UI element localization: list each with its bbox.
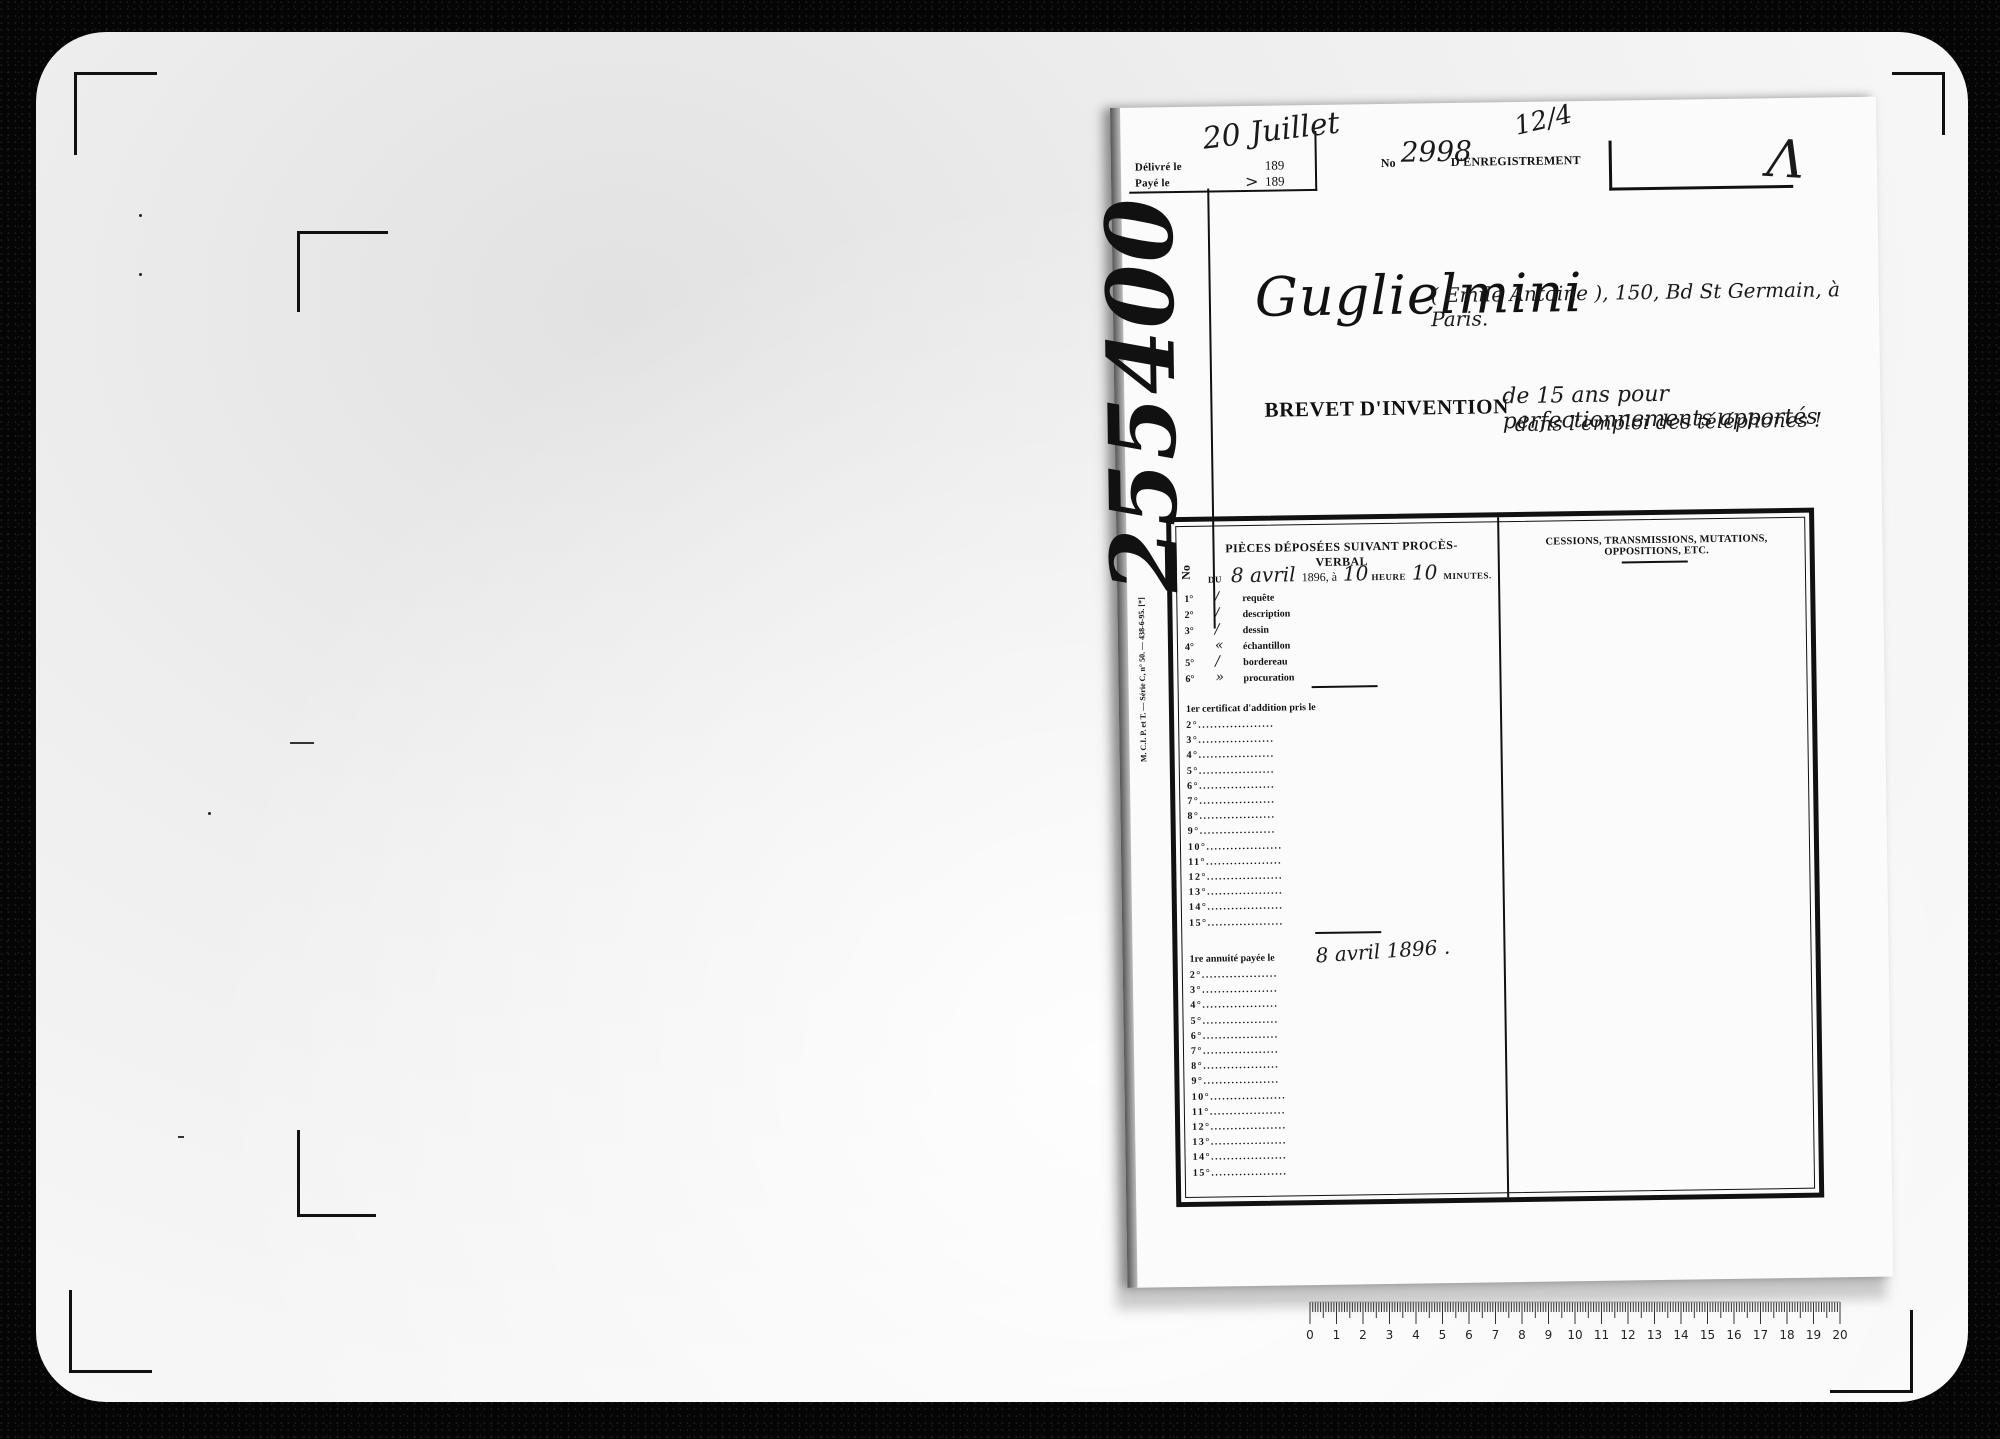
piece-count-handwritten: / [1214, 605, 1242, 621]
dotted-row: 10°................... [1192, 1090, 1287, 1102]
piece-count-handwritten: / [1215, 653, 1243, 669]
patent-type: BREVET D'INVENTION [1264, 394, 1509, 423]
deposit-date-handwritten: 8 avril [1231, 562, 1296, 587]
dotted-row: 13°................... [1192, 1136, 1287, 1148]
dotted-row: 10°................... [1188, 840, 1283, 852]
measurement-ruler: 01234567891011121314151617181920 [1302, 1300, 1848, 1346]
ruler-label: 1 [1333, 1328, 1341, 1342]
corner-mark-bottom-left-outer [69, 1290, 152, 1373]
registration-no-prefix: No [1381, 156, 1396, 171]
piece-item: 3°/dessin [1185, 621, 1269, 638]
printer-imprint: M. C.I. P. et T. — Série C, n° 50. — 438… [1137, 582, 1149, 762]
fraction-note: 12/4 [1512, 99, 1576, 141]
annuities-title: 1re annuité payée le [1190, 953, 1275, 965]
ruler-ticks [1302, 1300, 1848, 1330]
dotted-row: 12°................... [1192, 1120, 1287, 1132]
piece-label: procuration [1243, 672, 1294, 684]
piece-item: 6°»procuration [1185, 668, 1294, 686]
piece-label: bordereau [1243, 656, 1287, 668]
piece-item: 2°/description [1184, 604, 1290, 622]
dotted-row: 15°................... [1193, 1166, 1288, 1178]
dotted-row: 5°................... [1187, 764, 1275, 776]
ruler-label: 11 [1594, 1328, 1609, 1342]
hour-label: HEURE [1371, 572, 1406, 583]
ruler-label: 18 [1779, 1328, 1794, 1342]
registry-table: PIÈCES DÉPOSÉES SUIVANT PROCÈS-VERBAL DU… [1166, 508, 1824, 1208]
piece-label: requête [1242, 593, 1274, 604]
ruler-label: 5 [1439, 1328, 1447, 1342]
proces-verbal-line: DU 8 avril 1896, à 10 HEURE 10 MINUTES. [1208, 559, 1492, 587]
dotted-row: 8°................... [1191, 1060, 1279, 1072]
corner-mark-bottom-left-inner [297, 1130, 376, 1217]
ruler-label: 14 [1673, 1328, 1688, 1342]
dotted-row: 14°................... [1193, 1151, 1288, 1163]
piece-item: 5°/bordereau [1185, 652, 1287, 670]
ruler-label: 10 [1567, 1328, 1582, 1342]
dust-mark [178, 1136, 184, 1138]
dust-speck [139, 273, 142, 276]
dust-mark [290, 742, 314, 744]
ruler-label: 8 [1518, 1328, 1526, 1342]
piece-number: 1° [1184, 594, 1214, 605]
dotted-row: 5°................... [1190, 1014, 1278, 1026]
ruler-label: 13 [1647, 1328, 1662, 1342]
piece-number: 4° [1185, 642, 1215, 653]
ruler-label: 12 [1620, 1328, 1635, 1342]
dotted-row: 8°................... [1187, 810, 1275, 822]
year-prefix-received: 189 [1265, 173, 1285, 189]
certificates-title: 1er certificat d'addition pris le [1186, 702, 1316, 715]
deposit-hour-handwritten: 10 [1343, 561, 1369, 585]
handwritten-mark: Λ [1765, 129, 1806, 191]
piece-count-handwritten: / [1215, 621, 1243, 637]
ruler-label: 4 [1412, 1328, 1420, 1342]
dotted-row: 9°................... [1188, 825, 1276, 837]
dotted-row: 7°................... [1191, 1045, 1279, 1057]
patent-document: Délivré le Payé le 20 Juillet > 189 189 … [1110, 97, 1893, 1288]
ruler-label: 3 [1386, 1328, 1394, 1342]
ruler-label: 9 [1545, 1328, 1553, 1342]
piece-count-handwritten: / [1214, 589, 1242, 605]
piece-label: échantillon [1243, 640, 1290, 652]
dust-speck [208, 812, 211, 815]
corner-mark-top-right-outer [1892, 72, 1945, 135]
dotted-row: 11°................... [1192, 1105, 1286, 1117]
piece-number: 6° [1185, 673, 1215, 684]
dotted-row: 12°................... [1188, 871, 1283, 883]
piece-count-handwritten: « [1215, 637, 1243, 653]
corner-mark-top-left-outer [74, 72, 157, 155]
ruler-label: 17 [1753, 1328, 1768, 1342]
du-label: DU [1208, 574, 1222, 584]
minutes-label: MINUTES. [1443, 570, 1491, 581]
ruler-label: 7 [1492, 1328, 1500, 1342]
dotted-row: 9°................... [1191, 1075, 1279, 1087]
corner-mark-top-left-inner [297, 231, 388, 312]
cessions-title: CESSIONS, TRANSMISSIONS, MUTATIONS, OPPO… [1511, 533, 1801, 559]
deposit-year: 1896, à [1302, 570, 1338, 585]
registration-label: D'ENREGISTREMENT [1451, 153, 1581, 170]
dotted-row: 15°................... [1189, 916, 1284, 928]
piece-number: 2° [1184, 610, 1214, 621]
piece-number: 5° [1185, 658, 1215, 669]
applicant-details: ( Emile Antoine ), 150, Bd St Germain, à… [1431, 277, 1880, 332]
ruler-label: 2 [1359, 1328, 1367, 1342]
dust-speck [139, 214, 142, 217]
deposit-minutes-handwritten: 10 [1412, 560, 1438, 584]
dotted-row: 11°................... [1188, 855, 1282, 867]
ruler-label: 15 [1700, 1328, 1715, 1342]
patent-description-line-2: dans l'emploi des téléphones ! [1515, 407, 1823, 436]
dotted-row: 4°................... [1190, 999, 1278, 1011]
piece-count-handwritten: » [1215, 669, 1243, 685]
ruler-label: 16 [1726, 1328, 1741, 1342]
dotted-row: 7°................... [1187, 795, 1275, 807]
dotted-row: 2°................... [1186, 719, 1274, 731]
received-label: Payé le [1135, 177, 1170, 190]
dotted-row: 4°................... [1187, 749, 1275, 761]
dotted-row: 6°................... [1191, 1029, 1279, 1041]
ruler-label: 0 [1306, 1328, 1314, 1342]
piece-label: dessin [1243, 625, 1269, 636]
dotted-row: 13°................... [1189, 886, 1284, 898]
piece-item: 4°«échantillon [1185, 636, 1290, 654]
ruler-label: 20 [1832, 1328, 1847, 1342]
received-date-handwritten: > [1245, 172, 1259, 191]
year-prefix-issued: 189 [1265, 157, 1285, 173]
piece-label: description [1242, 608, 1290, 620]
piece-item: 1°/requête [1184, 589, 1274, 606]
dotted-row: 3°................... [1186, 734, 1274, 746]
dotted-row: 3°................... [1190, 984, 1278, 996]
ruler-label: 6 [1465, 1328, 1473, 1342]
dotted-row: 14°................... [1189, 901, 1284, 913]
piece-number: 3° [1185, 626, 1215, 637]
issued-label: Délivré le [1135, 161, 1182, 174]
dotted-row: 2°................... [1190, 969, 1278, 981]
ruler-labels: 01234567891011121314151617181920 [1302, 1328, 1848, 1346]
ruler-label: 19 [1806, 1328, 1821, 1342]
dotted-row: 6°................... [1187, 779, 1275, 791]
